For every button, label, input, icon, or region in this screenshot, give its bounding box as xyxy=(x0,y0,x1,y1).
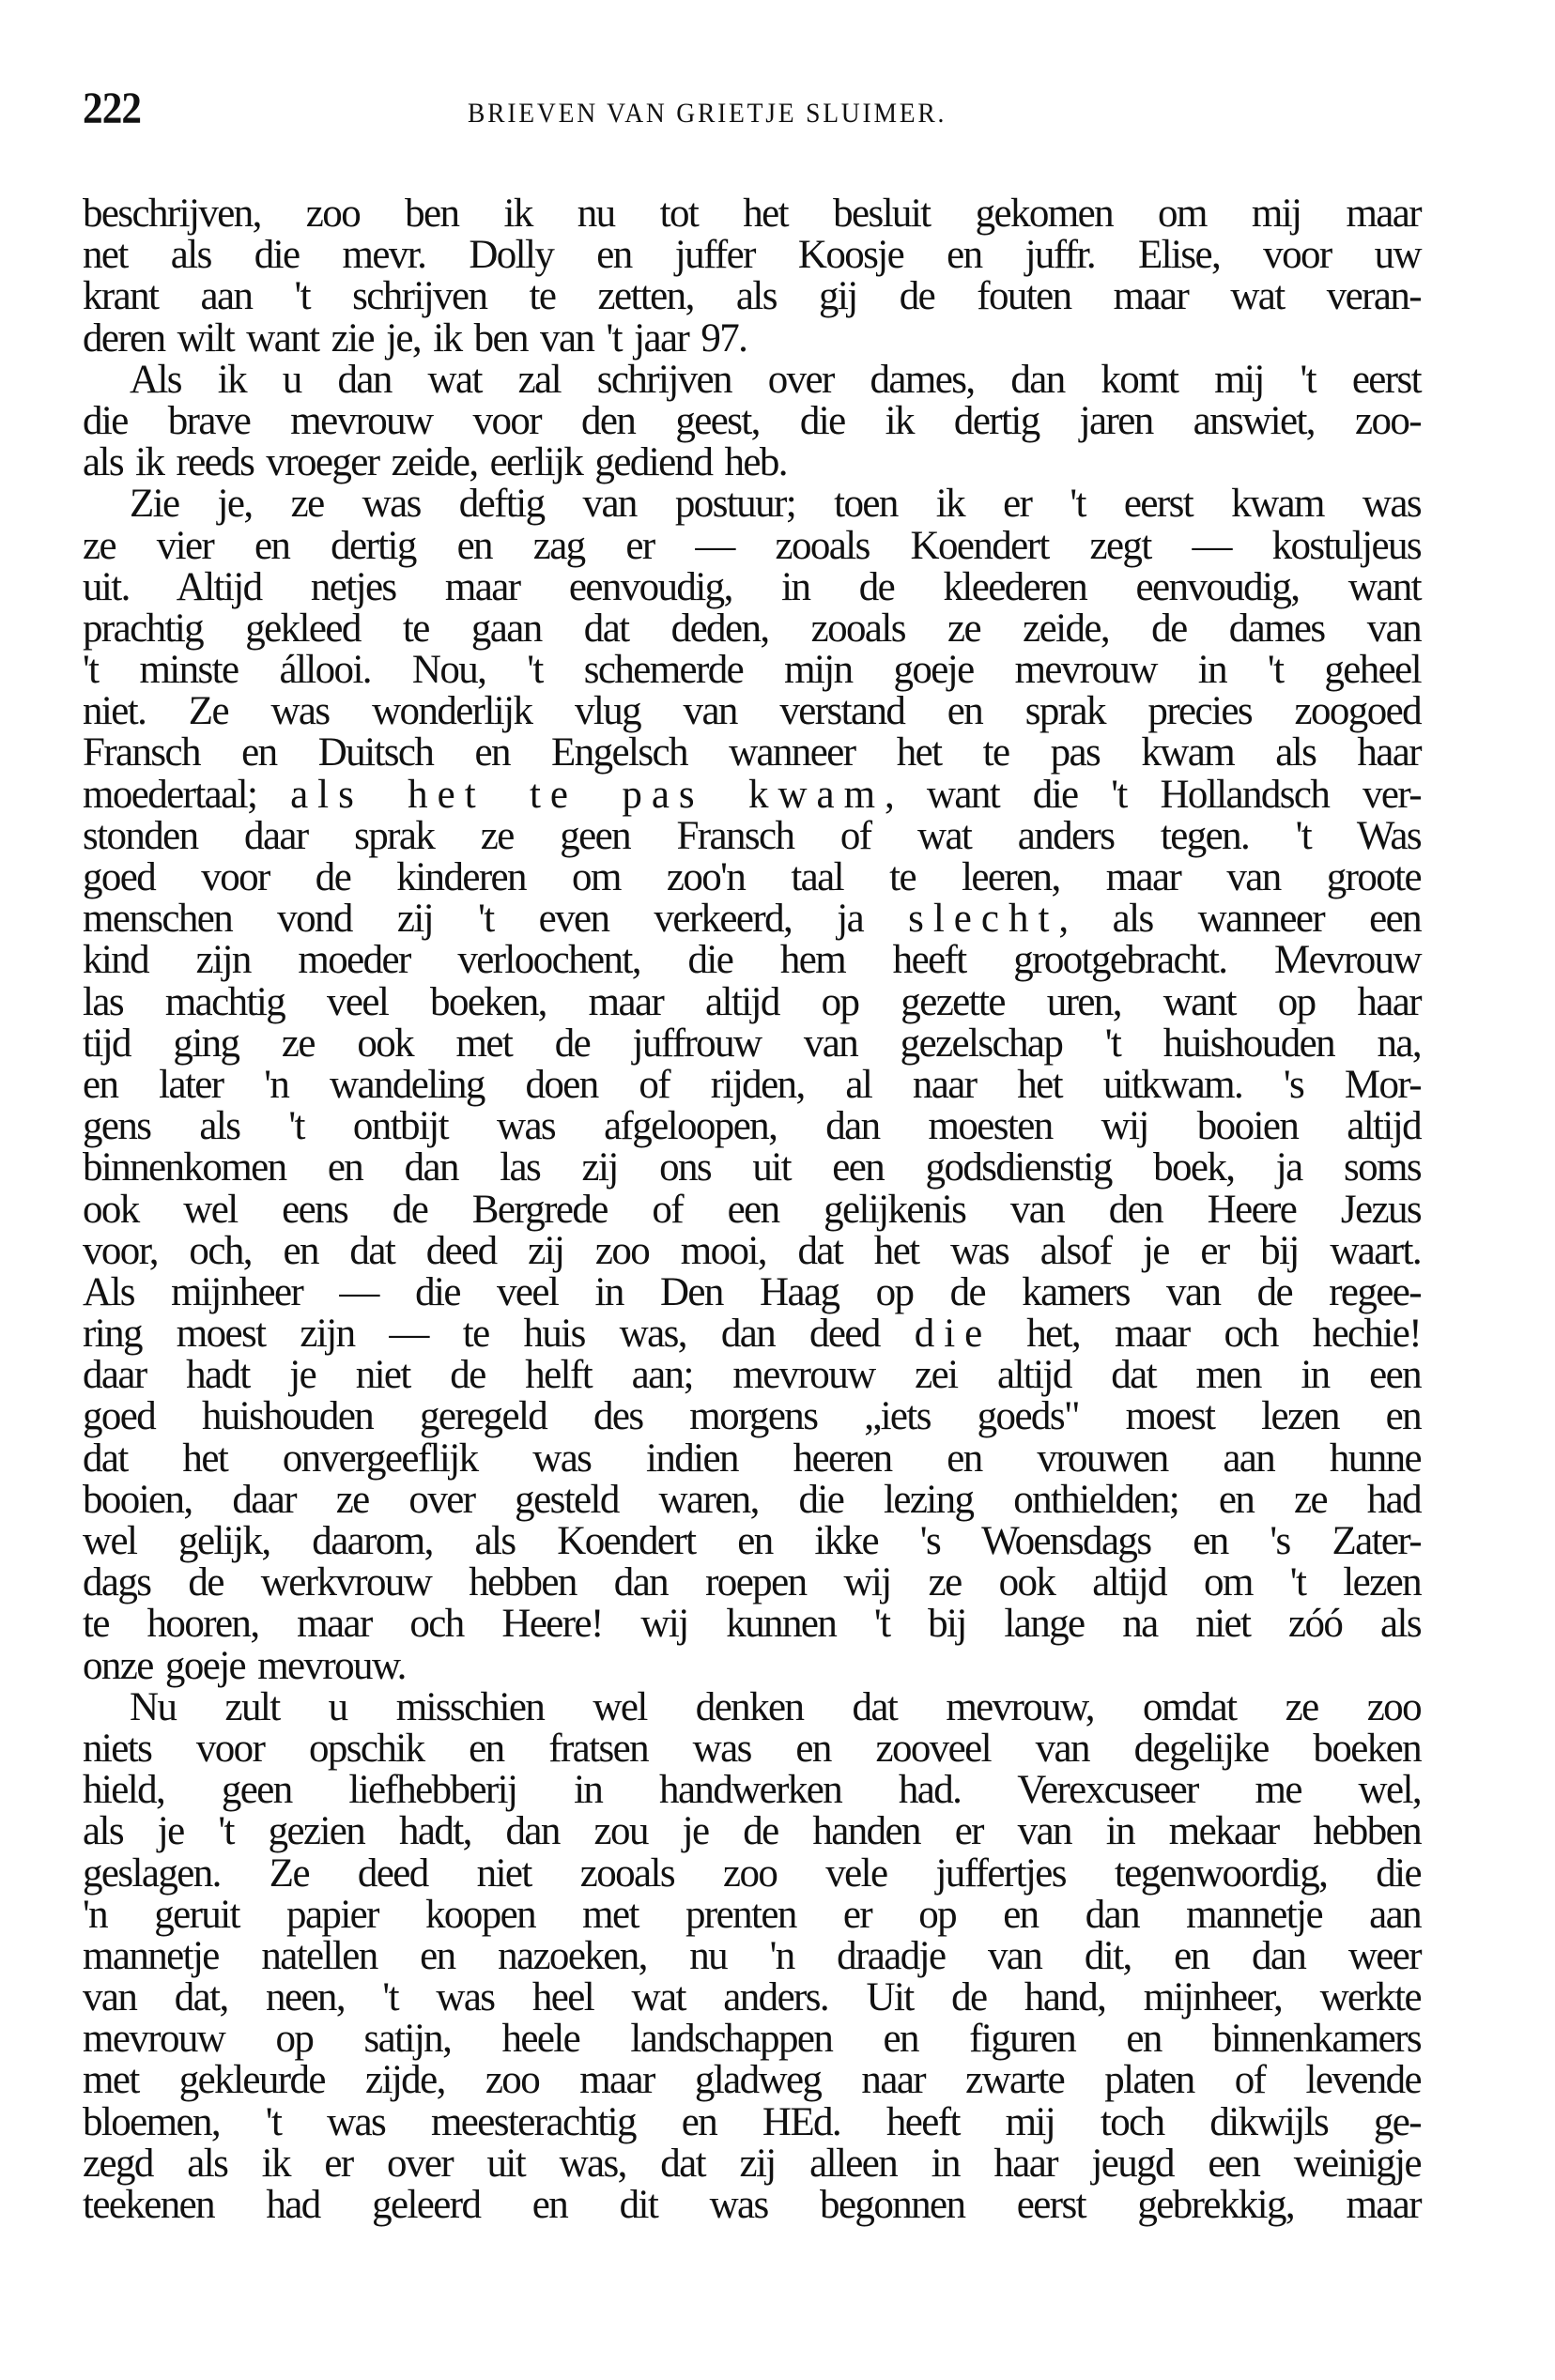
emphasized-text: slecht xyxy=(908,897,1058,941)
text-line-content: dags de werkvrouw hebben dan roepen wij … xyxy=(83,1562,1421,1604)
text-segment: ring moest zijn — te huis was, dan deed xyxy=(83,1312,915,1356)
text-line-content: booien, daar ze over gesteld waren, die … xyxy=(83,1480,1421,1521)
text-line-content: ze vier en dertig en zag er — zooals Koe… xyxy=(83,526,1421,567)
emphasized-text: die xyxy=(915,1312,993,1356)
text-line-content: deren wilt want zie je, ik ben van 't ja… xyxy=(83,318,1421,360)
text-line-content: uit. Altijd netjes maar eenvoudig, in de… xyxy=(83,567,1421,608)
text-line: Fransch en Duitsch en Engelsch wanneer h… xyxy=(83,732,1421,774)
text-line: menschen vond zij 't even verkeerd, ja s… xyxy=(83,898,1421,940)
text-line: goed voor de kinderen om zoo'n taal te l… xyxy=(83,857,1421,898)
text-line-content: hield, geen liefhebberij in handwerken h… xyxy=(83,1770,1421,1811)
text-line: als ik reeds vroeger zeide, eerlijk gedi… xyxy=(83,442,1421,484)
text-line: krant aan 't schrijven te zetten, als gi… xyxy=(83,276,1421,317)
text-line-content: bloemen, 't was meesterachtig en HEd. he… xyxy=(83,2102,1421,2143)
text-line-content: tijd ging ze ook met de juffrouw van gez… xyxy=(83,1023,1421,1065)
text-line: prachtig gekleed te gaan dat deden, zooa… xyxy=(83,608,1421,650)
text-segment: , als wanneer een xyxy=(1058,897,1421,941)
text-line: van dat, neen, 't was heel wat anders. U… xyxy=(83,1977,1421,2019)
text-line-content: en later 'n wandeling doen of rijden, al… xyxy=(83,1065,1421,1106)
text-line: en later 'n wandeling doen of rijden, al… xyxy=(83,1065,1421,1106)
text-line-content: moedertaal; als het te pas kwam, want di… xyxy=(83,775,1421,816)
text-line: met gekleurde zijde, zoo maar gladweg na… xyxy=(83,2060,1421,2101)
text-line: dags de werkvrouw hebben dan roepen wij … xyxy=(83,1562,1421,1604)
text-line: las machtig veel boeken, maar altijd op … xyxy=(83,982,1421,1023)
text-line-content: Fransch en Duitsch en Engelsch wanneer h… xyxy=(83,732,1421,774)
text-line-content: 't minste állooi. Nou, 't schemerde mijn… xyxy=(83,650,1421,691)
text-line-content: niet. Ze was wonderlijk vlug van verstan… xyxy=(83,691,1421,732)
text-line: die brave mevrouw voor den geest, die ik… xyxy=(83,401,1421,442)
text-line: Als mijnheer — die veel in Den Haag op d… xyxy=(83,1272,1421,1313)
text-segment: menschen vond zij 't even verkeerd, ja xyxy=(83,897,908,941)
text-line: binnenkomen en dan las zij ons uit een g… xyxy=(83,1147,1421,1189)
text-line-content: beschrijven, zoo ben ik nu tot het beslu… xyxy=(83,193,1421,235)
text-line: Nu zult u misschien wel denken dat mevro… xyxy=(83,1687,1421,1728)
text-line: dat het onvergeeflijk was indien heeren … xyxy=(83,1438,1421,1480)
text-line: 'n geruit papier koopen met prenten er o… xyxy=(83,1895,1421,1936)
text-line-content: Als mijnheer — die veel in Den Haag op d… xyxy=(83,1272,1421,1313)
text-segment: het, maar och hechie! xyxy=(992,1312,1421,1356)
text-line: uit. Altijd netjes maar eenvoudig, in de… xyxy=(83,567,1421,608)
text-line-content: geslagen. Ze deed niet zooals zoo vele j… xyxy=(83,1853,1421,1895)
text-line: kind zijn moeder verloochent, die hem he… xyxy=(83,940,1421,981)
text-line: deren wilt want zie je, ik ben van 't ja… xyxy=(83,318,1421,360)
text-line: 't minste állooi. Nou, 't schemerde mijn… xyxy=(83,650,1421,691)
text-line-content: Zie je, ze was deftig van postuur; toen … xyxy=(83,484,1421,525)
text-line: net als die mevr. Dolly en juffer Koosje… xyxy=(83,235,1421,276)
text-line-content: ook wel eens de Bergrede of een gelijken… xyxy=(83,1190,1421,1231)
text-line: als je 't gezien hadt, dan zou je de han… xyxy=(83,1811,1421,1852)
running-title: BRIEVEN VAN GRIETJE SLUIMER. xyxy=(468,100,947,128)
text-line: zegd als ik er over uit was, dat zij all… xyxy=(83,2143,1421,2185)
text-line: daar hadt je niet de helft aan; mevrouw … xyxy=(83,1355,1421,1396)
text-line-content: goed voor de kinderen om zoo'n taal te l… xyxy=(83,857,1421,898)
text-line: hield, geen liefhebberij in handwerken h… xyxy=(83,1770,1421,1811)
text-line: tijd ging ze ook met de juffrouw van gez… xyxy=(83,1023,1421,1065)
running-head: 222 BRIEVEN VAN GRIETJE SLUIMER. xyxy=(83,86,1421,131)
text-line: gens als 't ontbijt was afgeloopen, dan … xyxy=(83,1106,1421,1147)
text-line: goed huishouden geregeld des morgens „ie… xyxy=(83,1396,1421,1437)
text-line-content: daar hadt je niet de helft aan; mevrouw … xyxy=(83,1355,1421,1396)
text-line-content: gens als 't ontbijt was afgeloopen, dan … xyxy=(83,1106,1421,1147)
text-line: teekenen had geleerd en dit was begonnen… xyxy=(83,2185,1421,2226)
text-line: geslagen. Ze deed niet zooals zoo vele j… xyxy=(83,1853,1421,1895)
text-line-content: mevrouw op satijn, heele landschappen en… xyxy=(83,2019,1421,2060)
text-line: wel gelijk, daarom, als Koendert en ikke… xyxy=(83,1521,1421,1562)
text-line: ze vier en dertig en zag er — zooals Koe… xyxy=(83,526,1421,567)
text-line-content: ring moest zijn — te huis was, dan deed … xyxy=(83,1313,1421,1355)
text-line: mevrouw op satijn, heele landschappen en… xyxy=(83,2019,1421,2060)
text-line: niet. Ze was wonderlijk vlug van verstan… xyxy=(83,691,1421,732)
text-line-content: te hooren, maar och Heere! wij kunnen 't… xyxy=(83,1604,1421,1645)
text-line-content: teekenen had geleerd en dit was begonnen… xyxy=(83,2185,1421,2226)
text-line-content: als je 't gezien hadt, dan zou je de han… xyxy=(83,1811,1421,1852)
text-line: ook wel eens de Bergrede of een gelijken… xyxy=(83,1190,1421,1231)
text-line-content: dat het onvergeeflijk was indien heeren … xyxy=(83,1438,1421,1480)
text-line: booien, daar ze over gesteld waren, die … xyxy=(83,1480,1421,1521)
text-line-content: onze goeje mevrouw. xyxy=(83,1646,1421,1687)
text-line-content: binnenkomen en dan las zij ons uit een g… xyxy=(83,1147,1421,1189)
book-page: 222 BRIEVEN VAN GRIETJE SLUIMER. beschri… xyxy=(0,0,1555,2380)
text-line-content: Als ik u dan wat zal schrijven over dame… xyxy=(83,360,1421,401)
text-line-content: die brave mevrouw voor den geest, die ik… xyxy=(83,401,1421,442)
text-line-content: mannetje natellen en nazoeken, nu 'n dra… xyxy=(83,1936,1421,1977)
text-line: bloemen, 't was meesterachtig en HEd. he… xyxy=(83,2102,1421,2143)
text-line-content: niets voor opschik en fratsen was en zoo… xyxy=(83,1728,1421,1770)
text-line: beschrijven, zoo ben ik nu tot het beslu… xyxy=(83,193,1421,235)
text-line-content: stonden daar sprak ze geen Fransch of wa… xyxy=(83,816,1421,857)
text-line-content: zegd als ik er over uit was, dat zij all… xyxy=(83,2143,1421,2185)
text-segment: moedertaal; xyxy=(83,773,290,817)
text-line-content: goed huishouden geregeld des morgens „ie… xyxy=(83,1396,1421,1437)
text-line-content: met gekleurde zijde, zoo maar gladweg na… xyxy=(83,2060,1421,2101)
text-segment: , want die 't Hollandsch ver- xyxy=(885,773,1421,817)
text-line-content: menschen vond zij 't even verkeerd, ja s… xyxy=(83,898,1421,940)
text-line: stonden daar sprak ze geen Fransch of wa… xyxy=(83,816,1421,857)
text-line: Zie je, ze was deftig van postuur; toen … xyxy=(83,484,1421,525)
text-line-content: van dat, neen, 't was heel wat anders. U… xyxy=(83,1977,1421,2019)
body-text: beschrijven, zoo ben ik nu tot het beslu… xyxy=(83,193,1421,2226)
text-line-content: Nu zult u misschien wel denken dat mevro… xyxy=(83,1687,1421,1728)
text-line: niets voor opschik en fratsen was en zoo… xyxy=(83,1728,1421,1770)
text-line-content: 'n geruit papier koopen met prenten er o… xyxy=(83,1895,1421,1936)
emphasized-text: als het te pas kwam xyxy=(290,773,885,817)
text-line-content: krant aan 't schrijven te zetten, als gi… xyxy=(83,276,1421,317)
page-number: 222 xyxy=(83,86,141,131)
text-line-content: net als die mevr. Dolly en juffer Koosje… xyxy=(83,235,1421,276)
text-line-content: voor, och, en dat deed zij zoo mooi, dat… xyxy=(83,1231,1421,1272)
text-line-content: prachtig gekleed te gaan dat deden, zooa… xyxy=(83,608,1421,650)
text-line-content: las machtig veel boeken, maar altijd op … xyxy=(83,982,1421,1023)
text-line-content: wel gelijk, daarom, als Koendert en ikke… xyxy=(83,1521,1421,1562)
text-line: voor, och, en dat deed zij zoo mooi, dat… xyxy=(83,1231,1421,1272)
text-line: ring moest zijn — te huis was, dan deed … xyxy=(83,1313,1421,1355)
text-line: mannetje natellen en nazoeken, nu 'n dra… xyxy=(83,1936,1421,1977)
text-line: onze goeje mevrouw. xyxy=(83,1646,1421,1687)
text-line: moedertaal; als het te pas kwam, want di… xyxy=(83,775,1421,816)
text-line: te hooren, maar och Heere! wij kunnen 't… xyxy=(83,1604,1421,1645)
text-line-content: kind zijn moeder verloochent, die hem he… xyxy=(83,940,1421,981)
text-line: Als ik u dan wat zal schrijven over dame… xyxy=(83,360,1421,401)
text-line-content: als ik reeds vroeger zeide, eerlijk gedi… xyxy=(83,442,1421,484)
